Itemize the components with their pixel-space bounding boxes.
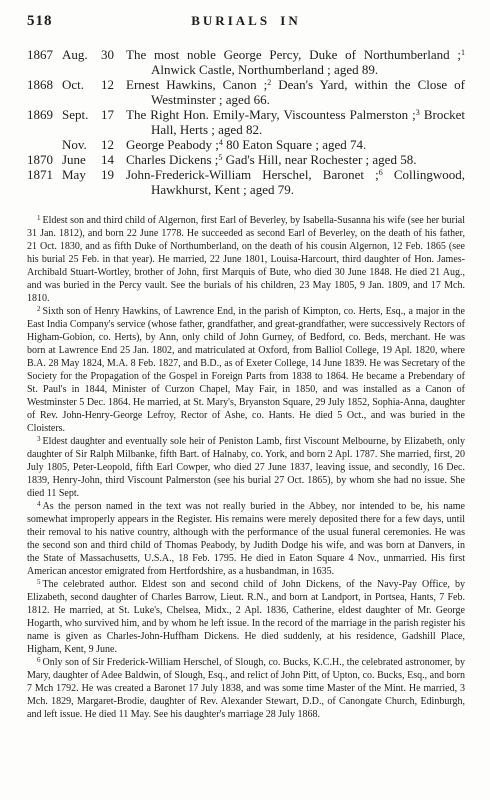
entry-month: Nov. xyxy=(62,137,101,152)
page-header: 518 BURIALS IN xyxy=(27,13,465,30)
entry-text-rest: 80 Eaton Square ; aged 74. xyxy=(223,137,366,152)
entry-year: 1871 xyxy=(27,167,62,197)
entry-text-rest: Gad's Hill, near Rochester ; aged 58. xyxy=(222,152,416,167)
burial-entry: 1870 June 14 Charles Dickens ;5 Gad's Hi… xyxy=(27,152,465,167)
footnote-text: Eldest son and third child of Algernon, … xyxy=(27,215,465,304)
entry-month: Oct. xyxy=(62,77,101,107)
entry-year: 1869 xyxy=(27,107,62,137)
entry-day: 17 xyxy=(101,107,126,137)
burial-entry: 1869 Sept. 17 The Right Hon. Emily-Mary,… xyxy=(27,107,465,137)
entry-description: John-Frederick-William Herschel, Baronet… xyxy=(126,167,465,197)
footnote: 4As the person named in the text was not… xyxy=(27,500,465,578)
entry-year xyxy=(27,137,62,152)
footnote: 1Eldest son and third child of Algernon,… xyxy=(27,214,465,305)
entry-text-rest: Alnwick Castle, Northumberland ; aged 89… xyxy=(151,62,378,77)
entry-day: 30 xyxy=(101,47,126,77)
footnotes-section: 1Eldest son and third child of Algernon,… xyxy=(27,214,465,721)
entry-year: 1867 xyxy=(27,47,62,77)
entry-description: Charles Dickens ;5 Gad's Hill, near Roch… xyxy=(126,152,465,167)
entry-text: The Right Hon. Emily-Mary, Viscountess P… xyxy=(126,107,416,122)
burial-entry: 1871 May 19 John-Frederick-William Hersc… xyxy=(27,167,465,197)
entry-month: May xyxy=(62,167,101,197)
footnote-text: As the person named in the text was not … xyxy=(27,501,465,577)
burial-entry: 1868 Oct. 12 Ernest Hawkins, Canon ;2 De… xyxy=(27,77,465,107)
entry-day: 12 xyxy=(101,137,126,152)
entry-text: The most noble George Percy, Duke of Nor… xyxy=(126,47,461,62)
running-title: BURIALS IN xyxy=(97,13,395,29)
entry-day: 12 xyxy=(101,77,126,107)
entry-description: Ernest Hawkins, Canon ;2 Dean's Yard, wi… xyxy=(126,77,465,107)
burial-entry: Nov. 12 George Peabody ;4 80 Eaton Squar… xyxy=(27,137,465,152)
entry-month: June xyxy=(62,152,101,167)
footnote-text: Only son of Sir Frederick-William Hersch… xyxy=(27,657,465,720)
entry-month: Sept. xyxy=(62,107,101,137)
entry-text: John-Frederick-William Herschel, Baronet… xyxy=(126,167,379,182)
footnote: 3Eldest daughter and eventually sole hei… xyxy=(27,435,465,500)
entry-year: 1870 xyxy=(27,152,62,167)
page-number: 518 xyxy=(27,13,97,30)
footnote-text: Sixth son of Henry Hawkins, of Lawrence … xyxy=(27,306,465,434)
entry-day: 19 xyxy=(101,167,126,197)
footnote: 5The celebrated author. Eldest son and s… xyxy=(27,578,465,656)
entry-day: 14 xyxy=(101,152,126,167)
footnote: 6Only son of Sir Frederick-William Hersc… xyxy=(27,656,465,721)
entry-text: George Peabody ; xyxy=(126,137,219,152)
burial-entry: 1867 Aug. 30 The most noble George Percy… xyxy=(27,47,465,77)
entry-year: 1868 xyxy=(27,77,62,107)
footnote-text: The celebrated author. Eldest son and se… xyxy=(27,579,465,655)
footnote-text: Eldest daughter and eventually sole heir… xyxy=(27,436,465,499)
entry-month: Aug. xyxy=(62,47,101,77)
footnote-ref: 1 xyxy=(461,48,465,57)
entry-description: The most noble George Percy, Duke of Nor… xyxy=(126,47,465,77)
entry-description: The Right Hon. Emily-Mary, Viscountess P… xyxy=(126,107,465,137)
footnote: 2Sixth son of Henry Hawkins, of Lawrence… xyxy=(27,305,465,435)
burial-entries-list: 1867 Aug. 30 The most noble George Percy… xyxy=(27,47,465,197)
entry-text: Ernest Hawkins, Canon ; xyxy=(126,77,267,92)
entry-text: Charles Dickens ; xyxy=(126,152,218,167)
book-page: 518 BURIALS IN 1867 Aug. 30 The most nob… xyxy=(0,0,490,800)
entry-description: George Peabody ;4 80 Eaton Square ; aged… xyxy=(126,137,465,152)
